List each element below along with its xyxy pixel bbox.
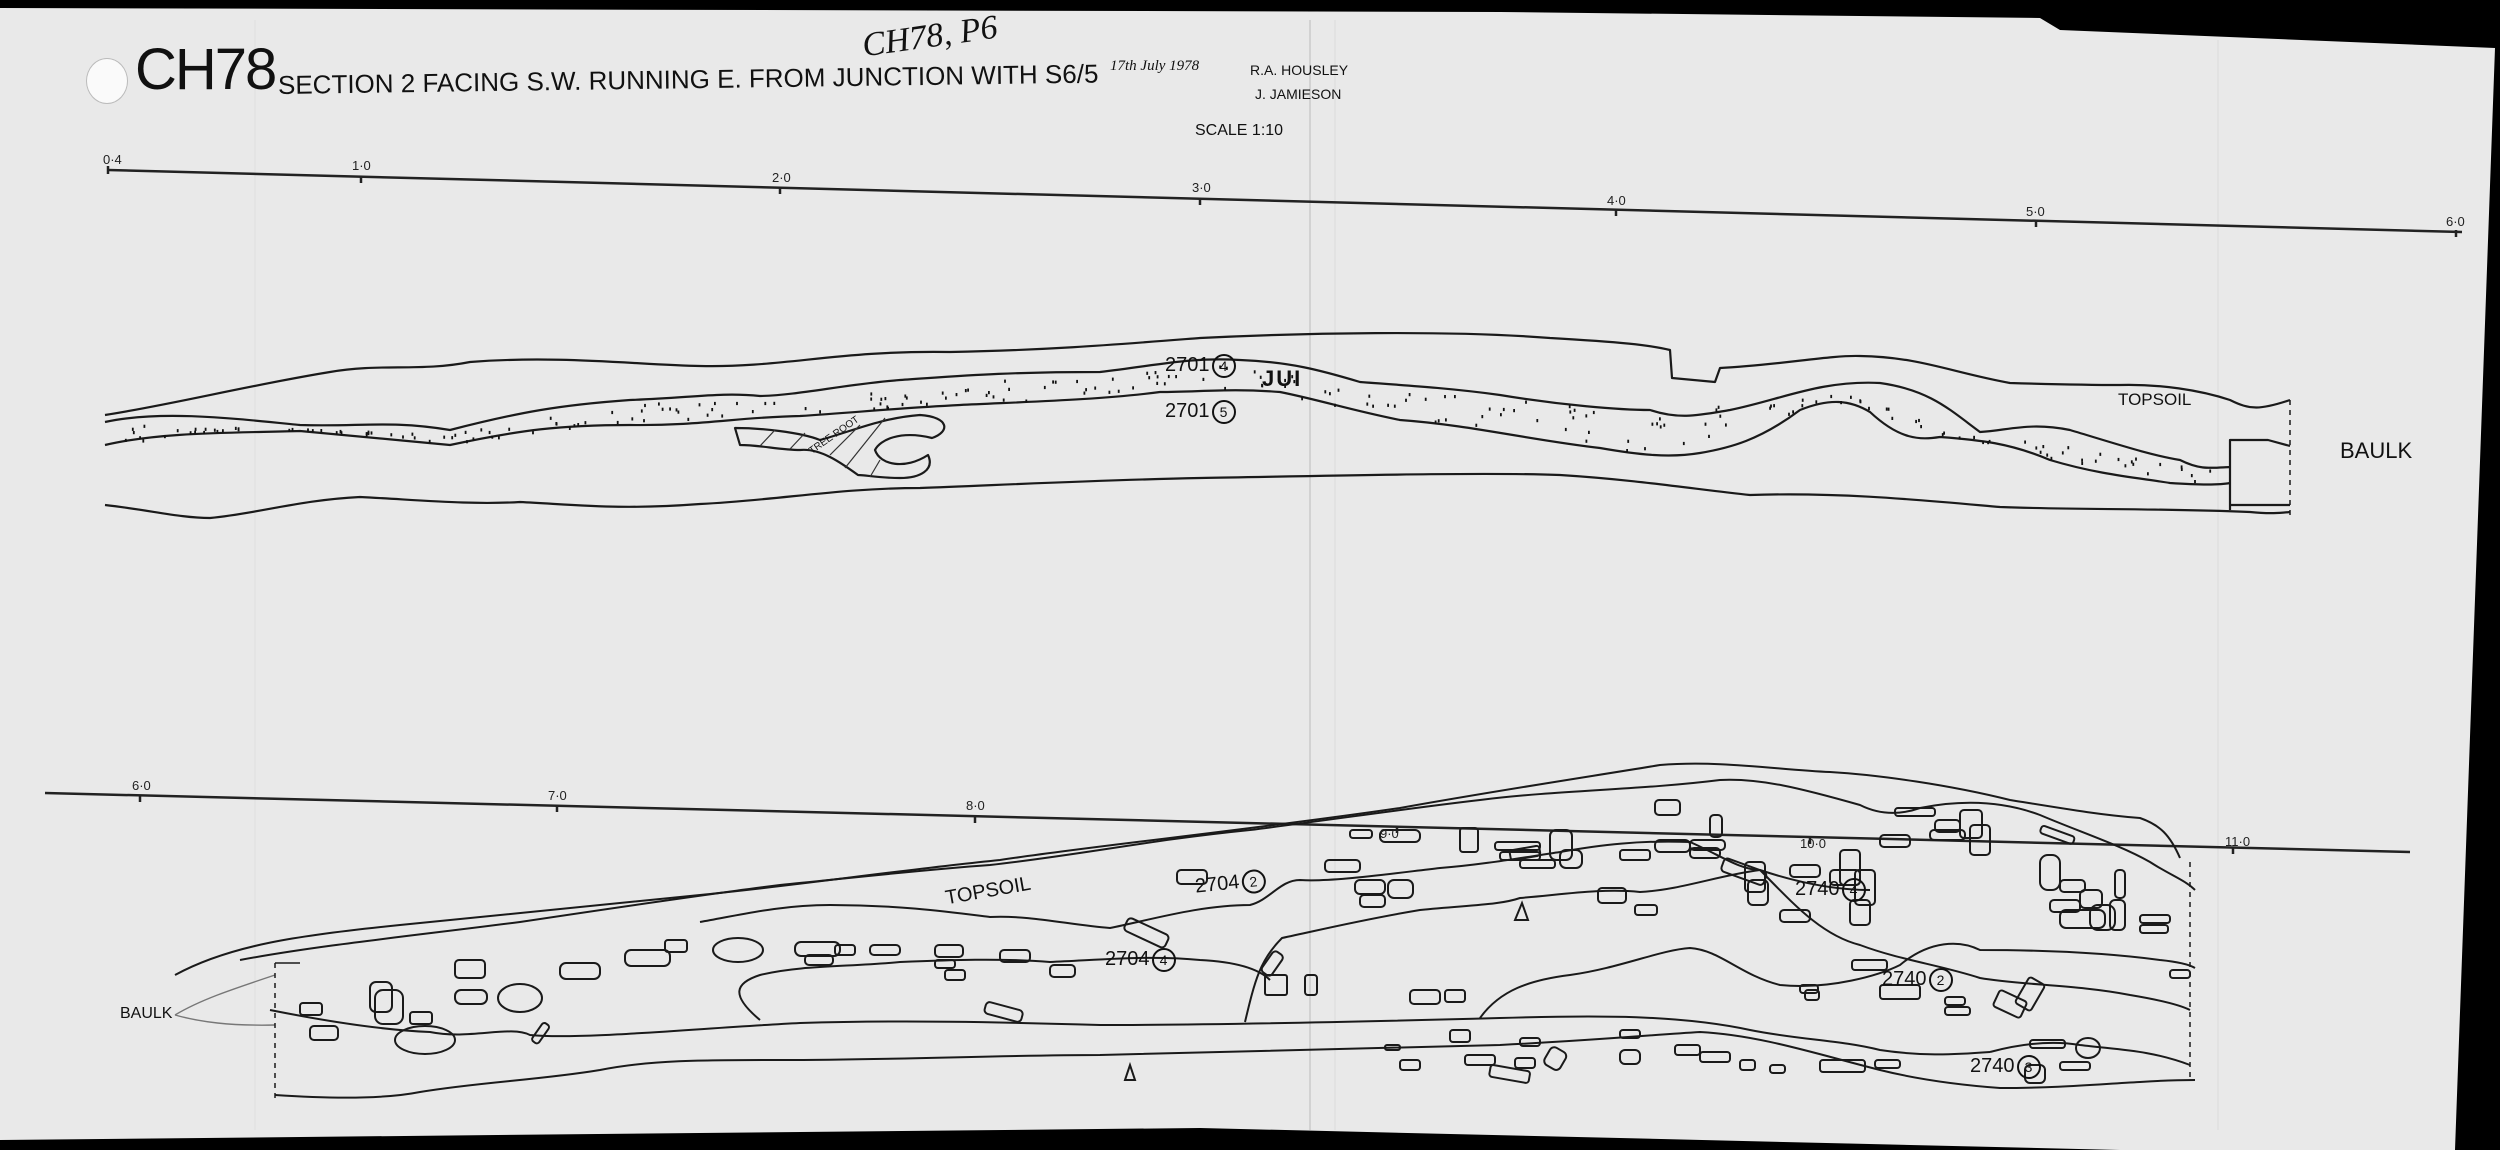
baulk-label-lower: BAULK — [120, 1005, 172, 1023]
context-2701-4: 27014 — [1165, 354, 1236, 378]
context-2740-4: 27404 — [1795, 878, 1866, 902]
lower-tick-label: 11·0 — [2225, 834, 2250, 849]
lower-tick-label: 8·0 — [966, 798, 985, 813]
lower-tick-label: 7·0 — [548, 788, 567, 803]
upper-tick-label: 0·4 — [103, 152, 122, 167]
upper-tick-label: 4·0 — [1607, 193, 1626, 208]
baulk-label-upper: BAULK — [2340, 438, 2412, 464]
upper-tick-label: 2·0 — [772, 170, 791, 185]
upper-tick-label: 3·0 — [1192, 180, 1211, 195]
lower-tick-label: 10·0 — [1800, 836, 1826, 851]
site-code: CH78 — [135, 36, 275, 103]
jui-mark: JUI — [1262, 366, 1302, 392]
section-drawing-svg — [0, 0, 2500, 1150]
upper-tick-label: 5·0 — [2026, 204, 2045, 219]
recorder-1: R.A. HOUSLEY — [1250, 62, 1348, 78]
drawing-sheet: CH78 SECTION 2 FACING S.W. RUNNING E. FR… — [0, 0, 2500, 1150]
context-2740-2: 27402 — [1882, 968, 1953, 992]
lower-tick-label: 9·0 — [1380, 826, 1399, 841]
topsoil-label-upper: TOPSOIL — [2118, 390, 2191, 410]
context-2704-4: 27044 — [1105, 948, 1176, 972]
recorder-2: J. JAMIESON — [1255, 86, 1341, 102]
punch-hole — [86, 58, 128, 104]
context-2701-5: 27015 — [1165, 400, 1236, 424]
upper-tick-label: 6·0 — [2446, 214, 2465, 229]
context-2740-3: 27403 — [1970, 1055, 2041, 1079]
drawing-scale: SCALE 1:10 — [1195, 122, 1283, 140]
drawing-date: 17th July 1978 — [1110, 58, 1199, 75]
upper-tick-label: 1·0 — [352, 158, 371, 173]
lower-tick-label: 6·0 — [132, 778, 151, 793]
paper — [0, 8, 2495, 1150]
